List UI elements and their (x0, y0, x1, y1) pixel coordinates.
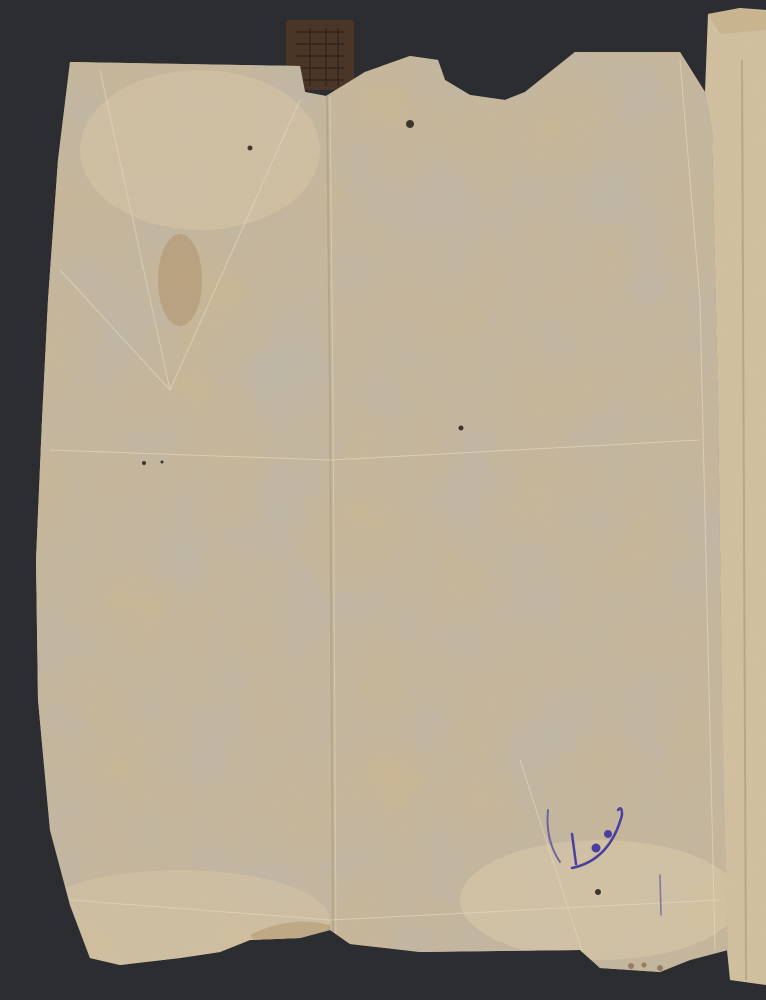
manuscript-photo (0, 0, 766, 1000)
manuscript-leaf-illustration (0, 0, 766, 1000)
manuscript-leaf (0, 0, 766, 1000)
